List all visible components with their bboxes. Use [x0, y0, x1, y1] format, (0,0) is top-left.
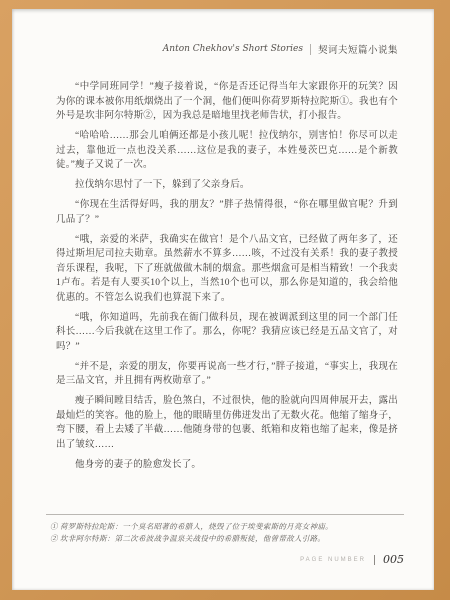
story-paragraph: “并不是，亲爱的朋友，你要再说高一些才行，”胖子接道，“事实上，我现在是三品文官…	[56, 360, 398, 389]
page-footer: PAGE NUMBER 005	[56, 553, 404, 566]
page-bottom-block: ① 荷罗斯特拉陀斯：一个臭名昭著的希腊人，烧毁了位于埃斐索斯的月亮女神庙。 ② …	[56, 514, 404, 566]
story-paragraph: 拉伐纳尔思忖了一下，躲到了父亲身后。	[56, 178, 398, 193]
story-paragraph: 瘦子瞬间瞠目结舌，脸色煞白，不过很快，他的脸就向四周伸展开去，露出最灿烂的笑容。…	[56, 394, 398, 452]
story-paragraph: “哦，你知道吗，先前我在衙门做科员，现在被调派到这里的同一个部门任科长……今后我…	[56, 311, 398, 355]
story-paragraph: “哦，亲爱的米萨，我确实在做官！是个八品文官，已经做了两年多了，还得过斯坦尼司拉…	[56, 233, 398, 306]
story-paragraph: “哈哈哈……那会儿咱俩还都是小孩儿呢！拉伐纳尔，别害怕！你尽可以走过去，靠他近一…	[56, 129, 398, 173]
footnotes: ① 荷罗斯特拉陀斯：一个臭名昭著的希腊人，烧毁了位于埃斐索斯的月亮女神庙。 ② …	[56, 522, 404, 544]
screenshot-root: { "header": { "english_title": "Anton Ch…	[0, 0, 450, 600]
page-number-label: PAGE NUMBER	[300, 557, 366, 563]
footnote-item: ② 坎非阿尔特斯：第二次希波战争温泉关战役中的希腊叛徒，他曾帮敌人引路。	[50, 534, 404, 544]
header-divider	[310, 44, 311, 55]
story-text: “中学同班同学！”瘦子接着说，“你是否还记得当年大家跟你开的玩笑？因为你的课本被…	[56, 80, 398, 478]
story-paragraph: 他身旁的妻子的脸愈发长了。	[56, 458, 398, 473]
book-cover-frame: Anton Chekhov's Short Stories 契诃夫短篇小说集 “…	[0, 0, 450, 600]
book-page: Anton Chekhov's Short Stories 契诃夫短篇小说集 “…	[12, 9, 434, 590]
footnote-separator	[46, 514, 404, 515]
story-paragraph: “中学同班同学！”瘦子接着说，“你是否还记得当年大家跟你开的玩笑？因为你的课本被…	[56, 80, 398, 124]
footer-divider	[374, 555, 375, 565]
story-paragraph: “你现在生活得好吗，我的朋友？”胖子热情得很，“你在哪里做官呢？升到几品了？”	[56, 198, 398, 227]
footnote-item: ① 荷罗斯特拉陀斯：一个臭名昭著的希腊人，烧毁了位于埃斐索斯的月亮女神庙。	[50, 522, 404, 532]
page-header: Anton Chekhov's Short Stories 契诃夫短篇小说集	[163, 42, 398, 56]
header-title-chinese: 契诃夫短篇小说集	[318, 42, 398, 56]
header-title-english: Anton Chekhov's Short Stories	[163, 44, 303, 54]
page-number: 005	[383, 553, 404, 566]
